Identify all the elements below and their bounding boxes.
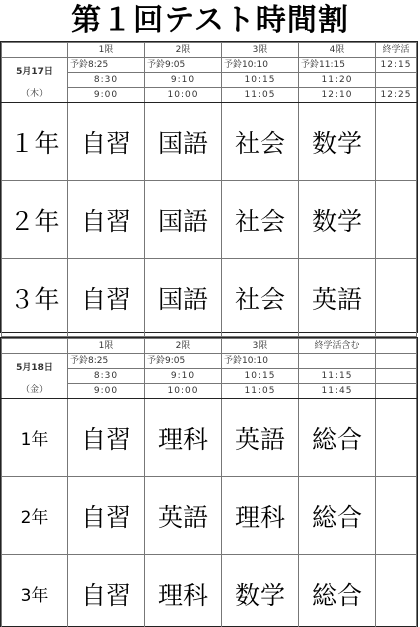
subject-cell: 自習 xyxy=(68,181,145,259)
bell-row: 5月17日 予鈴8:25 予鈴9:05 予鈴10:10 予鈴11:15 12:1… xyxy=(2,58,417,73)
period-header-row: 1限 2限 3限 終学活含む xyxy=(2,339,417,354)
end-time: 10:00 xyxy=(145,384,222,399)
end-time: 10:00 xyxy=(145,88,222,103)
start-time: 9:10 xyxy=(145,73,222,88)
timetable-day-1: 1限 2限 3限 4限 終学活 5月17日 予鈴8:25 予鈴9:05 予鈴10… xyxy=(1,42,417,337)
weekday-label: （金） xyxy=(2,384,68,399)
end-time-row: （木） 9:00 10:00 11:05 12:10 12:25 xyxy=(2,88,417,103)
period-label: 1限 xyxy=(68,339,145,354)
period-label: 3限 xyxy=(222,43,299,58)
period-label: 2限 xyxy=(145,43,222,58)
grade-label: １年 xyxy=(2,103,68,181)
date-label: 5月17日 xyxy=(2,58,68,88)
period-label: 終学活含む xyxy=(299,339,376,354)
grade-label: 1年 xyxy=(2,399,68,477)
subject-cell xyxy=(376,103,417,181)
start-time: 10:15 xyxy=(222,369,299,384)
bell-time: 12:15 xyxy=(376,58,417,73)
bell-time: 予鈴8:25 xyxy=(68,58,145,73)
bell-time: 予鈴11:15 xyxy=(299,58,376,73)
bell-row: 5月18日 予鈴8:25 予鈴9:05 予鈴10:10 xyxy=(2,354,417,369)
subject-cell: 総合 xyxy=(299,399,376,477)
subject-cell: 社会 xyxy=(222,103,299,181)
subject-cell: 自習 xyxy=(68,103,145,181)
subject-cell: 英語 xyxy=(145,477,222,555)
subject-cell: 国語 xyxy=(145,181,222,259)
subject-cell xyxy=(376,477,417,555)
end-time: 9:00 xyxy=(68,88,145,103)
subject-cell: 理科 xyxy=(145,399,222,477)
end-time: 11:45 xyxy=(299,384,376,399)
subject-cell: 総合 xyxy=(299,477,376,555)
subject-cell xyxy=(376,555,417,627)
period-label: 2限 xyxy=(145,339,222,354)
end-time: 9:00 xyxy=(68,384,145,399)
subject-cell: 自習 xyxy=(68,259,145,337)
subject-cell: 自習 xyxy=(68,555,145,627)
subject-cell: 社会 xyxy=(222,181,299,259)
grade-label: 3年 xyxy=(2,555,68,627)
subject-cell: 数学 xyxy=(299,181,376,259)
start-time: 11:15 xyxy=(299,369,376,384)
start-time xyxy=(376,369,417,384)
bell-time: 予鈴8:25 xyxy=(68,354,145,369)
schedule-day-1: 1限 2限 3限 4限 終学活 5月17日 予鈴8:25 予鈴9:05 予鈴10… xyxy=(0,41,418,333)
subject-cell xyxy=(376,399,417,477)
start-time: 10:15 xyxy=(222,73,299,88)
grade-row: 2年 自習 英語 理科 総合 xyxy=(2,477,417,555)
period-label xyxy=(376,339,417,354)
start-time: 9:10 xyxy=(145,369,222,384)
period-label: 3限 xyxy=(222,339,299,354)
bell-time: 予鈴10:10 xyxy=(222,58,299,73)
timetable-day-2: 1限 2限 3限 終学活含む 5月18日 予鈴8:25 予鈴9:05 予鈴10:… xyxy=(1,338,417,627)
subject-cell: 英語 xyxy=(222,399,299,477)
end-time: 11:05 xyxy=(222,88,299,103)
grade-row: 1年 自習 理科 英語 総合 xyxy=(2,399,417,477)
subject-cell: 数学 xyxy=(222,555,299,627)
grade-row: ２年 自習 国語 社会 数学 xyxy=(2,181,417,259)
period-label: 終学活 xyxy=(376,43,417,58)
subject-cell: 国語 xyxy=(145,103,222,181)
start-time xyxy=(376,73,417,88)
bell-time xyxy=(376,354,417,369)
bell-time: 予鈴10:10 xyxy=(222,354,299,369)
bell-time: 予鈴9:05 xyxy=(145,58,222,73)
bell-time: 予鈴9:05 xyxy=(145,354,222,369)
grade-label: 2年 xyxy=(2,477,68,555)
subject-cell: 理科 xyxy=(145,555,222,627)
end-time: 12:10 xyxy=(299,88,376,103)
subject-cell: 自習 xyxy=(68,399,145,477)
bell-time xyxy=(299,354,376,369)
subject-cell: 総合 xyxy=(299,555,376,627)
grade-row: ３年 自習 国語 社会 英語 xyxy=(2,259,417,337)
start-time: 11:20 xyxy=(299,73,376,88)
page-title: 第１回テスト時間割 xyxy=(0,0,420,40)
period-label: 1限 xyxy=(68,43,145,58)
grade-row: 3年 自習 理科 数学 総合 xyxy=(2,555,417,627)
start-time: 8:30 xyxy=(68,369,145,384)
subject-cell: 理科 xyxy=(222,477,299,555)
subject-cell: 数学 xyxy=(299,103,376,181)
subject-cell: 自習 xyxy=(68,477,145,555)
grade-row: １年 自習 国語 社会 数学 xyxy=(2,103,417,181)
weekday-label: （木） xyxy=(2,88,68,103)
subject-cell xyxy=(376,259,417,337)
grade-label: ３年 xyxy=(2,259,68,337)
subject-cell: 英語 xyxy=(299,259,376,337)
grade-label: ２年 xyxy=(2,181,68,259)
period-header-row: 1限 2限 3限 4限 終学活 xyxy=(2,43,417,58)
subject-cell: 社会 xyxy=(222,259,299,337)
start-time: 8:30 xyxy=(68,73,145,88)
end-time: 12:25 xyxy=(376,88,417,103)
period-label: 4限 xyxy=(299,43,376,58)
end-time xyxy=(376,384,417,399)
subject-cell: 国語 xyxy=(145,259,222,337)
end-time-row: （金） 9:00 10:00 11:05 11:45 xyxy=(2,384,417,399)
schedule-day-2: 1限 2限 3限 終学活含む 5月18日 予鈴8:25 予鈴9:05 予鈴10:… xyxy=(0,337,418,627)
date-label: 5月18日 xyxy=(2,354,68,384)
subject-cell xyxy=(376,181,417,259)
end-time: 11:05 xyxy=(222,384,299,399)
